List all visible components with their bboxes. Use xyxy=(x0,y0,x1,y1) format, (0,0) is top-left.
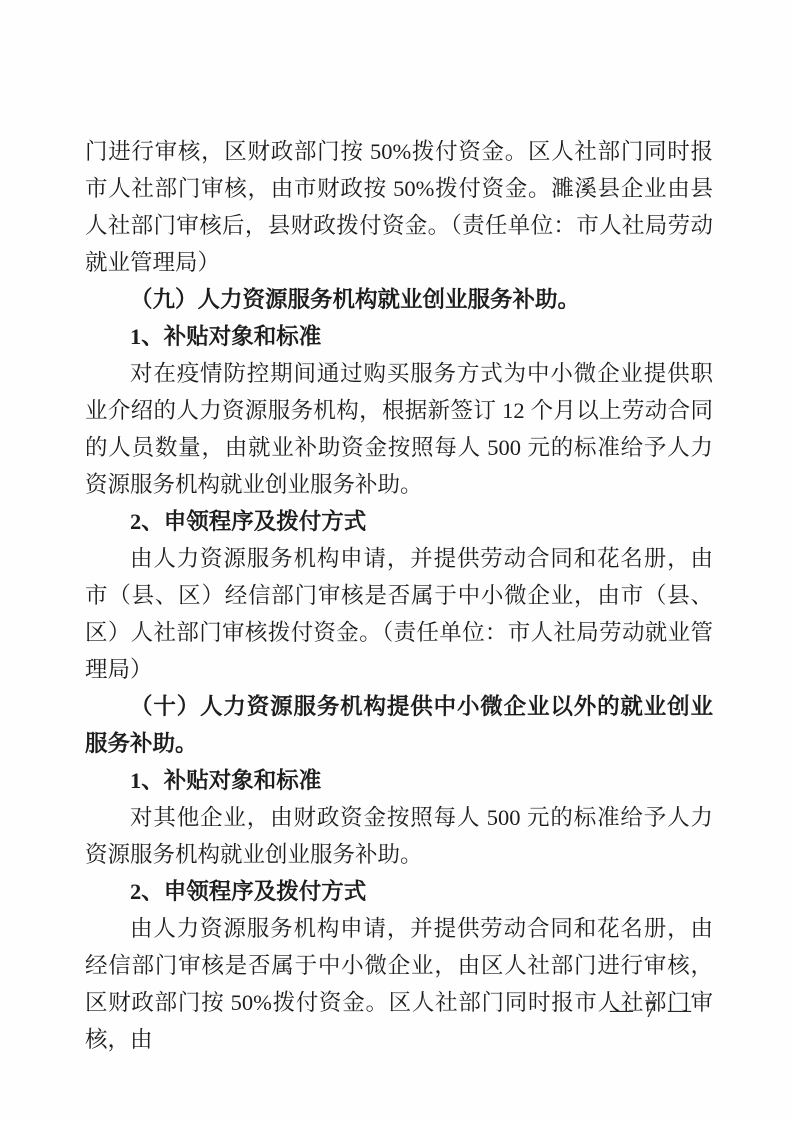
document-page: 门进行审核，区财政部门按 50%拨付资金。区人社部门同时报市人社部门审核，由市财… xyxy=(0,0,792,1122)
subheading-application-procedure-2: 2、申领程序及拨付方式 xyxy=(85,873,713,910)
paragraph-continuation: 门进行审核，区财政部门按 50%拨付资金。区人社部门同时报市人社部门审核，由市财… xyxy=(85,133,713,281)
page-number: — 7 — xyxy=(610,997,694,1023)
paragraph-application-procedure-1: 由人力资源服务机构申请，并提供劳动合同和花名册，由市（县、区）经信部门审核是否属… xyxy=(85,540,713,688)
section-heading-ten: （十）人力资源服务机构提供中小微企业以外的就业创业服务补助。 xyxy=(85,688,713,762)
paragraph-subsidy-target-2: 对其他企业，由财政资金按照每人 500 元的标准给予人力资源服务机构就业创业服务… xyxy=(85,799,713,873)
subheading-subsidy-target-1: 1、补贴对象和标准 xyxy=(85,318,713,355)
paragraph-subsidy-target-1: 对在疫情防控期间通过购买服务方式为中小微企业提供职业介绍的人力资源服务机构，根据… xyxy=(85,355,713,503)
subheading-subsidy-target-2: 1、补贴对象和标准 xyxy=(85,762,713,799)
section-heading-nine: （九）人力资源服务机构就业创业服务补助。 xyxy=(85,281,713,318)
subheading-application-procedure-1: 2、申领程序及拨付方式 xyxy=(85,503,713,540)
paragraph-application-procedure-2: 由人力资源服务机构申请，并提供劳动合同和花名册，由经信部门审核是否属于中小微企业… xyxy=(85,910,713,1058)
page-content: 门进行审核，区财政部门按 50%拨付资金。区人社部门同时报市人社部门审核，由市财… xyxy=(85,133,713,1058)
